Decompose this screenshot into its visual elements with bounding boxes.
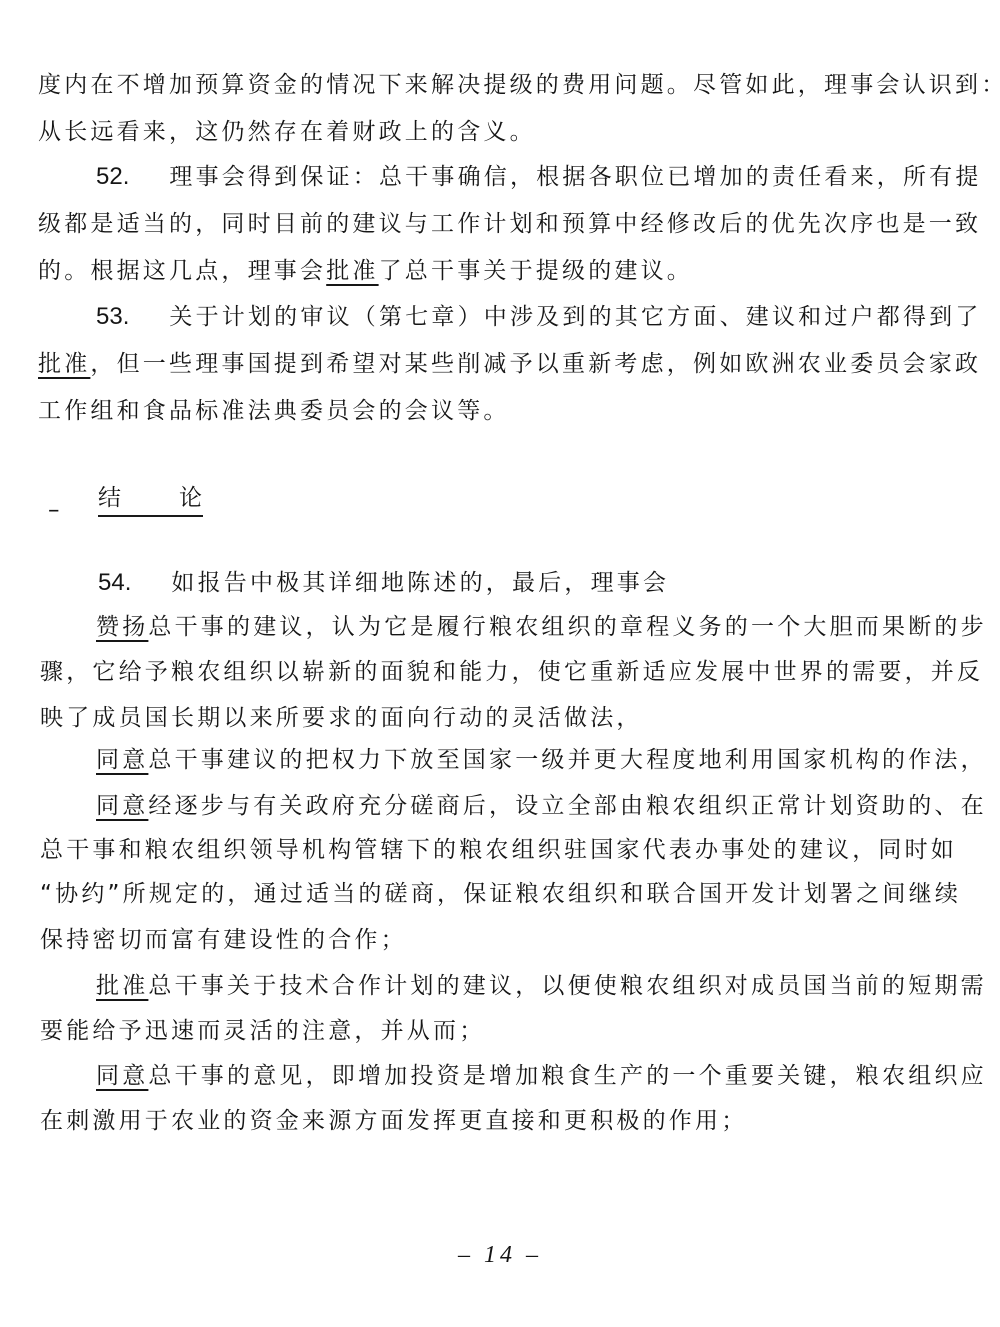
- emphasis-approved: 批准: [38, 351, 90, 377]
- text-line: 总干事和粮农组织领导机构管辖下的粮农组织驻国家代表办事处的建议，同时如: [40, 835, 957, 865]
- text-line: 保持密切而富有建设性的合作；: [40, 925, 407, 955]
- paragraph-53-line-1: 53.关于计划的审议（第七章）中涉及到的其它方面、建议和过户都得到了: [96, 302, 982, 332]
- emphasis-agrees: 同意: [96, 793, 148, 819]
- resolution-item: 同意总干事建议的把权力下放至国家一级并更大程度地利用国家机构的作法，: [96, 745, 987, 775]
- emphasis-agrees: 同意: [96, 747, 148, 773]
- paragraph-52-line-3: 的。根据这几点，理事会批准了总干事关于提级的建议。: [38, 256, 693, 286]
- resolution-item: 赞扬总干事的建议，认为它是履行粮农组织的章程义务的一个大胆而果断的步: [96, 612, 987, 642]
- text: 总干事的建议，认为它是履行粮农组织的章程义务的一个大胆而果断的步: [148, 614, 986, 640]
- text-line: 要能给予迅速而灵活的注意，并从而；: [40, 1016, 485, 1046]
- text: 经逐步与有关政府充分磋商后，设立全部由粮农组织正常计划资助的、在: [148, 793, 986, 819]
- text-line: “协约”所规定的，通过适当的磋商，保证粮农组织和联合国开发计划署之间继续: [40, 879, 961, 909]
- heading-title: 结论: [98, 483, 203, 517]
- emphasis-approved: 批准: [326, 258, 378, 284]
- paragraph-54-intro: 54.如报告中极其详细地陈述的，最后，理事会: [98, 568, 669, 598]
- paragraph-52-line-1: 52.理事会得到保证：总干事确信，根据各职位已增加的责任看来，所有提: [96, 162, 982, 192]
- document-page: 度内在不增加预算资金的情况下来解决提级的费用问题。尽管如此，理事会认识到： 从长…: [0, 0, 1000, 1327]
- text-line: 度内在不增加预算资金的情况下来解决提级的费用问题。尽管如此，理事会认识到：: [38, 70, 1000, 100]
- text-line: 映了成员国长期以来所要求的面向行动的灵活做法，: [40, 703, 643, 733]
- text: 了总干事关于提级的建议。: [379, 258, 693, 284]
- paragraph-number: 54.: [98, 568, 131, 598]
- text-line: 工作组和食品标准法典委员会的会议等。: [38, 396, 510, 426]
- resolution-item: 批准总干事关于技术合作计划的建议，以便使粮农组织对成员国当前的短期需: [96, 971, 987, 1001]
- text: 的。根据这几点，理事会: [38, 258, 326, 284]
- text: 总干事的意见，即增加投资是增加粮食生产的一个重要关键，粮农组织应: [148, 1063, 986, 1089]
- paragraph-number: 53.: [96, 302, 129, 332]
- emphasis-approves: 批准: [96, 973, 148, 999]
- paragraph-53-line-2: 批准，但一些理事国提到希望对某些削减予以重新考虑，例如欧洲农业委员会家政: [38, 349, 981, 379]
- resolution-item: 同意经逐步与有关政府充分磋商后，设立全部由粮农组织正常计划资助的、在: [96, 791, 987, 821]
- emphasis-agrees: 同意: [96, 1063, 148, 1089]
- text: ，但一些理事国提到希望对某些削减予以重新考虑，例如欧洲农业委员会家政: [90, 351, 981, 377]
- text: 理事会得到保证：总干事确信，根据各职位已增加的责任看来，所有提: [169, 164, 981, 190]
- heading-dash: –: [48, 495, 98, 525]
- text: 总干事关于技术合作计划的建议，以便使粮农组织对成员国当前的短期需: [148, 973, 986, 999]
- resolution-item: 同意总干事的意见，即增加投资是增加粮食生产的一个重要关键，粮农组织应: [96, 1061, 987, 1091]
- text-line: 骤，它给予粮农组织以崭新的面貌和能力，使它重新适应发展中世界的需要，并反: [40, 657, 983, 687]
- page-number: – 14 –: [0, 1242, 1000, 1269]
- text-line: 级都是适当的，同时目前的建议与工作计划和预算中经修改后的优先次序也是一致: [38, 209, 981, 239]
- text-line: 在刺激用于农业的资金来源方面发挥更直接和更积极的作用；: [40, 1106, 747, 1136]
- text: 关于计划的审议（第七章）中涉及到的其它方面、建议和过户都得到了: [169, 304, 981, 330]
- section-heading: –结论: [48, 483, 203, 525]
- text: 如报告中极其详细地陈述的，最后，理事会: [171, 570, 669, 596]
- text-line: 从长远看来，这仍然存在着财政上的含义。: [38, 117, 536, 147]
- text: 总干事建议的把权力下放至国家一级并更大程度地利用国家机构的作法，: [148, 747, 986, 773]
- paragraph-number: 52.: [96, 162, 129, 192]
- emphasis-commends: 赞扬: [96, 614, 148, 640]
